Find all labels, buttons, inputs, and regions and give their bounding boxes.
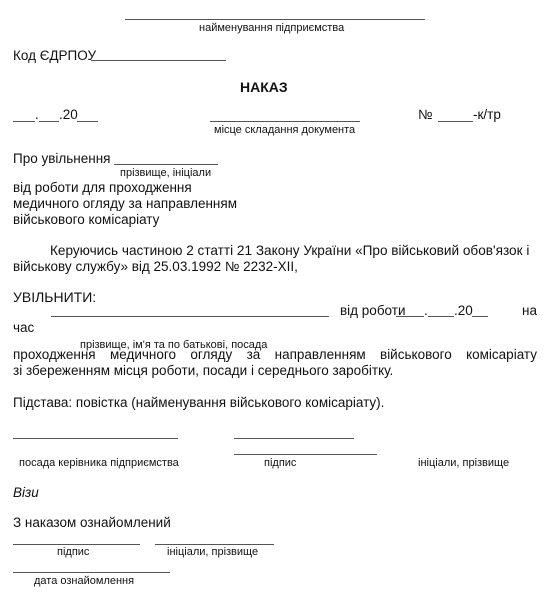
order-date-day-line[interactable]: [396, 316, 424, 317]
ack-initials-caption: ініціали, прізвище: [167, 546, 258, 558]
order-on: на: [522, 303, 537, 318]
date-year-prefix: .20: [59, 107, 78, 122]
place-caption: місце складання документа: [214, 124, 355, 136]
subject-line-2: медичного огляду за направленням: [13, 196, 237, 211]
order-body-word: огляду: [190, 347, 232, 362]
manager-initials-caption: ініціали, прізвище: [418, 457, 509, 469]
preamble-line-1: Керуючись частиною 2 статті 21 Закону Ук…: [50, 243, 529, 258]
manager-signature-caption: підпис: [264, 457, 296, 469]
order-body-word: за: [247, 347, 261, 362]
company-name-line[interactable]: [125, 19, 425, 20]
ack-initials-line[interactable]: [155, 544, 274, 545]
subject-lead: Про увільнення: [13, 151, 111, 166]
ack-date-caption: дата ознайомлення: [34, 575, 134, 587]
subject-name-caption: прізвище, ініціали: [120, 167, 211, 179]
order-heading: УВІЛЬНИТИ:: [13, 289, 96, 305]
number-sign: №: [418, 107, 432, 122]
manager-position-line[interactable]: [13, 438, 178, 439]
ack-date-line[interactable]: [13, 572, 170, 573]
ack-signature-caption: підпис: [57, 546, 89, 558]
order-body-word: направленням: [275, 347, 366, 362]
date-month-line[interactable]: [39, 121, 59, 122]
date-dot: .: [35, 107, 39, 122]
order-body-line-1: проходження медичного огляду за направле…: [13, 347, 537, 362]
preamble-line-2: військову службу» від 25.03.1992 № 2232-…: [13, 259, 298, 274]
order-date-year-prefix: .20: [454, 303, 473, 318]
number-suffix: -к/тр: [473, 107, 501, 122]
company-name-caption: найменування підприємства: [199, 22, 344, 34]
visas-heading: Візи: [13, 485, 39, 500]
order-body-word: комісаріату: [466, 347, 537, 362]
order-time: час: [13, 320, 34, 335]
manager-position-caption: посада керівника підприємства: [19, 457, 179, 469]
number-line[interactable]: [438, 121, 473, 122]
acknowledgement-title: З наказом ознайомлений: [13, 515, 171, 530]
date-day-line[interactable]: [13, 121, 35, 122]
manager-initials-line[interactable]: [234, 454, 377, 455]
subject-line-3: військового комісаріату: [13, 212, 159, 227]
place-line[interactable]: [210, 121, 360, 122]
order-body-line-2: зі збереженням місця роботи, посади і се…: [13, 363, 393, 378]
order-body-word: військового: [380, 347, 452, 362]
order-body-word: проходження: [13, 347, 96, 362]
edrpou-field-line[interactable]: [91, 60, 226, 61]
date-year-line[interactable]: [77, 121, 98, 122]
subject-name-line[interactable]: [114, 164, 218, 165]
basis-text: Підстава: повістка (найменування військо…: [13, 395, 384, 410]
manager-signature-line[interactable]: [234, 438, 354, 439]
order-person-line[interactable]: [51, 316, 329, 317]
order-date-month-line[interactable]: [428, 316, 454, 317]
edrpou-label: Код ЄДРПОУ: [13, 48, 96, 63]
ack-signature-line[interactable]: [13, 544, 140, 545]
document-title: НАКАЗ: [240, 79, 288, 95]
subject-line-1: від роботи для проходження: [13, 180, 192, 195]
order-date-year-line[interactable]: [472, 316, 488, 317]
order-body-word: медичного: [110, 347, 176, 362]
